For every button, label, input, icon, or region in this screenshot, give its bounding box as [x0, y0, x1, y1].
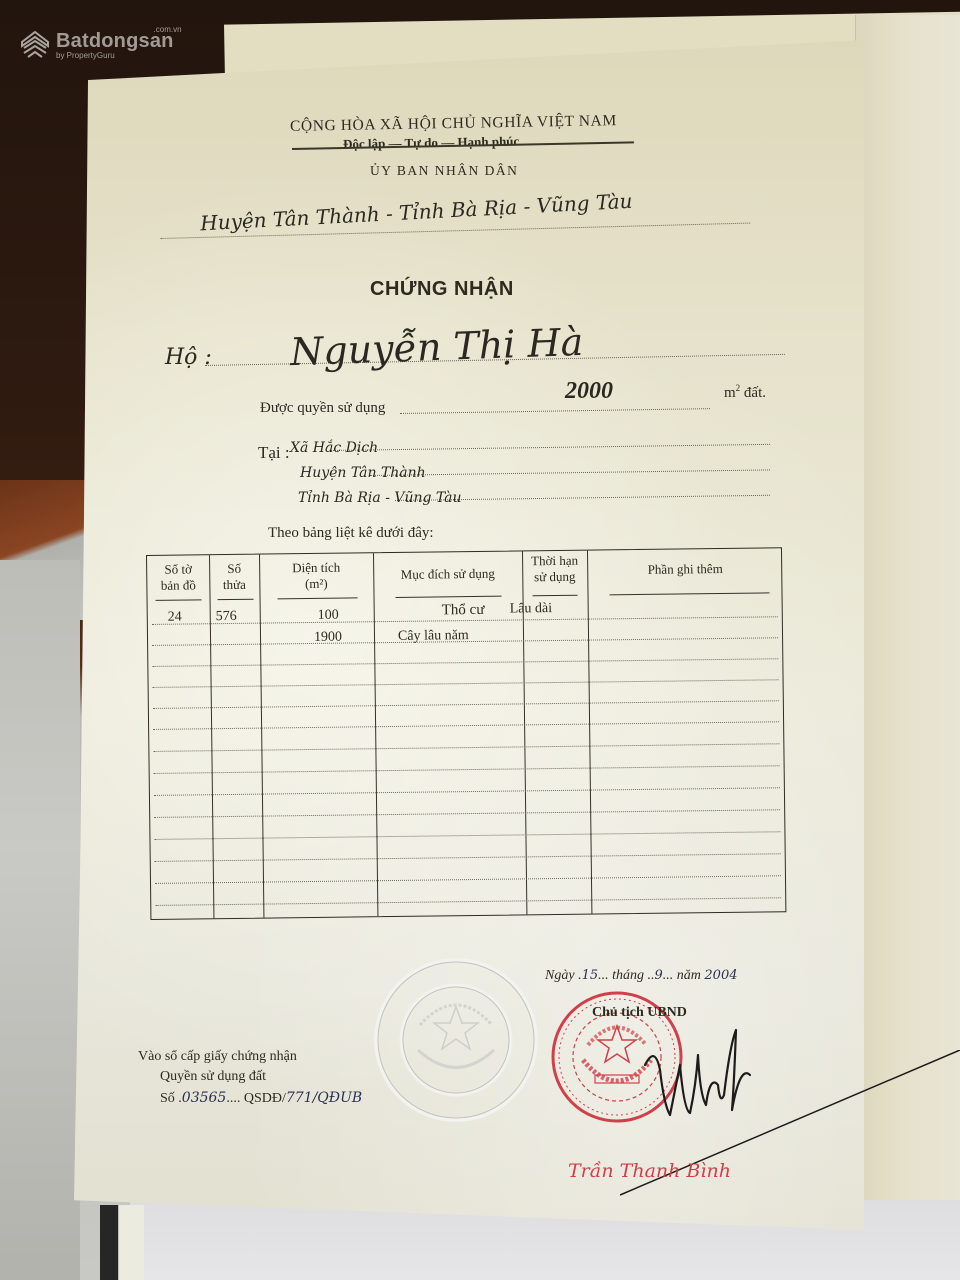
column-divider: [587, 551, 592, 914]
registration-line-1: Vào sổ cấp giấy chứng nhận: [138, 1049, 297, 1065]
header-parcel: Số thửa: [209, 561, 259, 594]
header-text: Mục đích sử dụng: [373, 565, 522, 583]
header-underline: [533, 595, 578, 597]
row-dotted-line: [155, 853, 781, 862]
location-district: Huyện Tân Thành: [300, 465, 426, 481]
year-label: năm: [677, 968, 701, 983]
watermark-brand: Batdongsan: [56, 31, 174, 51]
header-underline: [610, 592, 770, 595]
location-province: Tỉnh Bà Rịa - Vũng Tàu: [298, 490, 462, 506]
code-label: QSDĐ/: [244, 1091, 286, 1106]
underlying-sheet-edge: [118, 1205, 144, 1280]
number-label: Số: [160, 1091, 175, 1106]
area-value: 2000: [565, 378, 613, 405]
header-term: Thời hạn sử dụng: [522, 553, 587, 586]
signer-name: Trần Thanh Bình: [568, 1160, 731, 1182]
registration-line-2: Quyền sử dụng đất: [160, 1069, 266, 1085]
committee-heading: ỦY BAN NHÂN DÂN: [370, 163, 518, 179]
row-dotted-line: [154, 831, 780, 840]
embossed-seal-icon: [368, 955, 543, 1130]
column-divider: [373, 553, 378, 916]
cell-purpose: Thổ cư: [442, 602, 485, 620]
house-layers-icon: [20, 30, 50, 60]
certificate-title: CHỨNG NHẬN: [370, 278, 514, 301]
area-unit-suffix: đất.: [740, 385, 766, 401]
cell-area: 1900: [314, 630, 342, 646]
dark-strip: [100, 1205, 118, 1280]
day-value: 15: [582, 968, 599, 983]
cell-area: 100: [318, 608, 339, 624]
day-label: Ngày: [545, 968, 575, 983]
row-dotted-line: [154, 809, 780, 818]
row-dotted-line: [155, 875, 781, 884]
code-value: 771/QĐUB: [286, 1090, 362, 1106]
location-commune: Xã Hắc Dịch: [290, 440, 378, 456]
watermark-domain: .com.vn: [154, 25, 182, 34]
header-text: Số tờ: [147, 561, 209, 578]
cell-term: Lâu dài: [510, 601, 553, 618]
issue-date: Ngày .15... tháng ..9... năm 2004: [545, 968, 738, 984]
header-underline: [396, 596, 502, 598]
header-text: thửa: [209, 577, 259, 594]
row-dotted-line: [155, 897, 781, 906]
registration-number: Số .03565.... QSDĐ/771/QĐUB: [160, 1090, 362, 1107]
row-dotted-line: [153, 743, 779, 752]
land-parcel-table: Số tờ bản đồ Số thửa Diện tích (m²) Mục …: [146, 547, 786, 920]
floor-background: [0, 560, 80, 1280]
row-dotted-line: [153, 700, 779, 709]
month-label: tháng: [612, 968, 644, 983]
row-dotted-line: [152, 658, 778, 667]
list-intro: Theo bảng liệt kê dưới đây:: [268, 525, 434, 542]
column-divider: [259, 555, 264, 918]
watermark-sub: by PropertyGuru: [56, 51, 174, 60]
header-purpose: Mục đích sử dụng: [373, 565, 522, 583]
household-label: Hộ :: [165, 345, 212, 370]
location-label: Tại :: [258, 443, 290, 463]
batdongsan-watermark: .com.vn Batdongsan by PropertyGuru: [20, 30, 174, 60]
header-text: (m²): [259, 575, 373, 592]
header-text: Diện tích: [259, 559, 373, 576]
cell-purpose: Cây lâu năm: [398, 628, 469, 645]
header-text: Thời hạn: [522, 553, 587, 570]
row-dotted-line: [153, 721, 779, 730]
row-dotted-line: [153, 679, 779, 688]
area-label: Được quyền sử dụng: [260, 400, 385, 417]
header-text: sử dụng: [522, 569, 587, 586]
cell-parcel: 576: [216, 609, 237, 625]
area-unit: m2 đất.: [724, 383, 766, 402]
month-value: 9: [655, 968, 663, 983]
header-area: Diện tích (m²): [259, 559, 373, 592]
number-value: 03565: [182, 1090, 227, 1106]
header-notes: Phần ghi thêm: [587, 560, 783, 578]
header-text: bản đồ: [147, 577, 209, 594]
header-underline: [278, 597, 358, 599]
header-text: Số: [209, 561, 259, 578]
cell-map-sheet: 24: [168, 610, 182, 626]
header-text: Phần ghi thêm: [587, 560, 783, 578]
header-map-sheet: Số tờ bản đồ: [147, 561, 209, 594]
header-underline: [218, 599, 254, 600]
row-dotted-line: [154, 787, 780, 796]
header-underline: [156, 599, 202, 601]
area-unit-m: m: [724, 385, 736, 401]
column-divider: [209, 555, 214, 918]
signer-title: Chủ tịch UBND: [592, 1005, 687, 1021]
country-motto: Độc lập — Tự do — Hạnh phúc: [343, 133, 520, 152]
year-value: 2004: [704, 968, 737, 983]
row-dotted-line: [154, 765, 780, 774]
